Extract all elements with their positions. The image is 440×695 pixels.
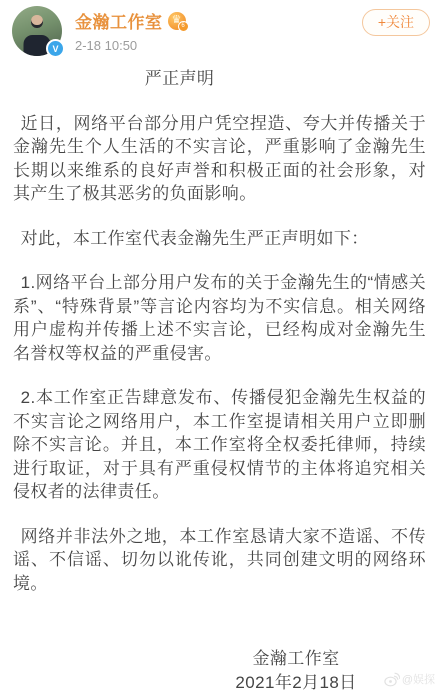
verified-badge-icon: V [46,39,65,58]
name-row: 金瀚工作室 ♛ 6 [75,8,362,33]
vip-level-badge-icon: ♛ 6 [168,12,186,30]
user-info: 金瀚工作室 ♛ 6 2-18 10:50 [75,6,362,53]
username[interactable]: 金瀚工作室 [75,8,163,33]
statement-paragraph-4: 2.本工作室正告肆意发布、传播侵犯金瀚先生权益的不实言论之网络用户，本工作室提请… [13,386,426,504]
statement-paragraph-1: 近日，网络平台部分用户凭空捏造、夸大并传播关于金瀚先生个人生活的不实言论，严重影… [13,112,426,206]
statement-paragraph-5: 网络并非法外之地，本工作室恳请大家不造谣、不传谣、不信谣、切勿以讹传讹，共同创建… [13,525,426,596]
statement-body: 严正声明 近日，网络平台部分用户凭空捏造、夸大并传播关于金瀚先生个人生活的不实言… [0,67,440,695]
follow-button[interactable]: +关注 [362,9,430,36]
watermark: @娱探 [384,671,435,687]
statement-paragraph-2: 对此，本工作室代表金瀚先生严正声明如下： [13,227,426,251]
statement-paragraph-3: 1.网络平台上部分用户发布的关于金瀚先生的“情感关系”、“特殊背景”等言论内容均… [13,271,426,365]
avatar-person-silhouette [31,15,43,28]
weibo-post: V 金瀚工作室 ♛ 6 2-18 10:50 +关注 严正声明 近日，网络平台部… [0,0,440,695]
weibo-logo-icon [384,672,400,687]
post-header: V 金瀚工作室 ♛ 6 2-18 10:50 +关注 [0,0,440,58]
statement-title: 严正声明 [13,67,426,91]
avatar[interactable]: V [12,6,62,56]
signature-name: 金瀚工作室 [166,647,426,671]
watermark-handle: @娱探 [402,671,435,687]
vip-level-number: 6 [178,21,189,32]
post-timestamp: 2-18 10:50 [75,38,362,53]
